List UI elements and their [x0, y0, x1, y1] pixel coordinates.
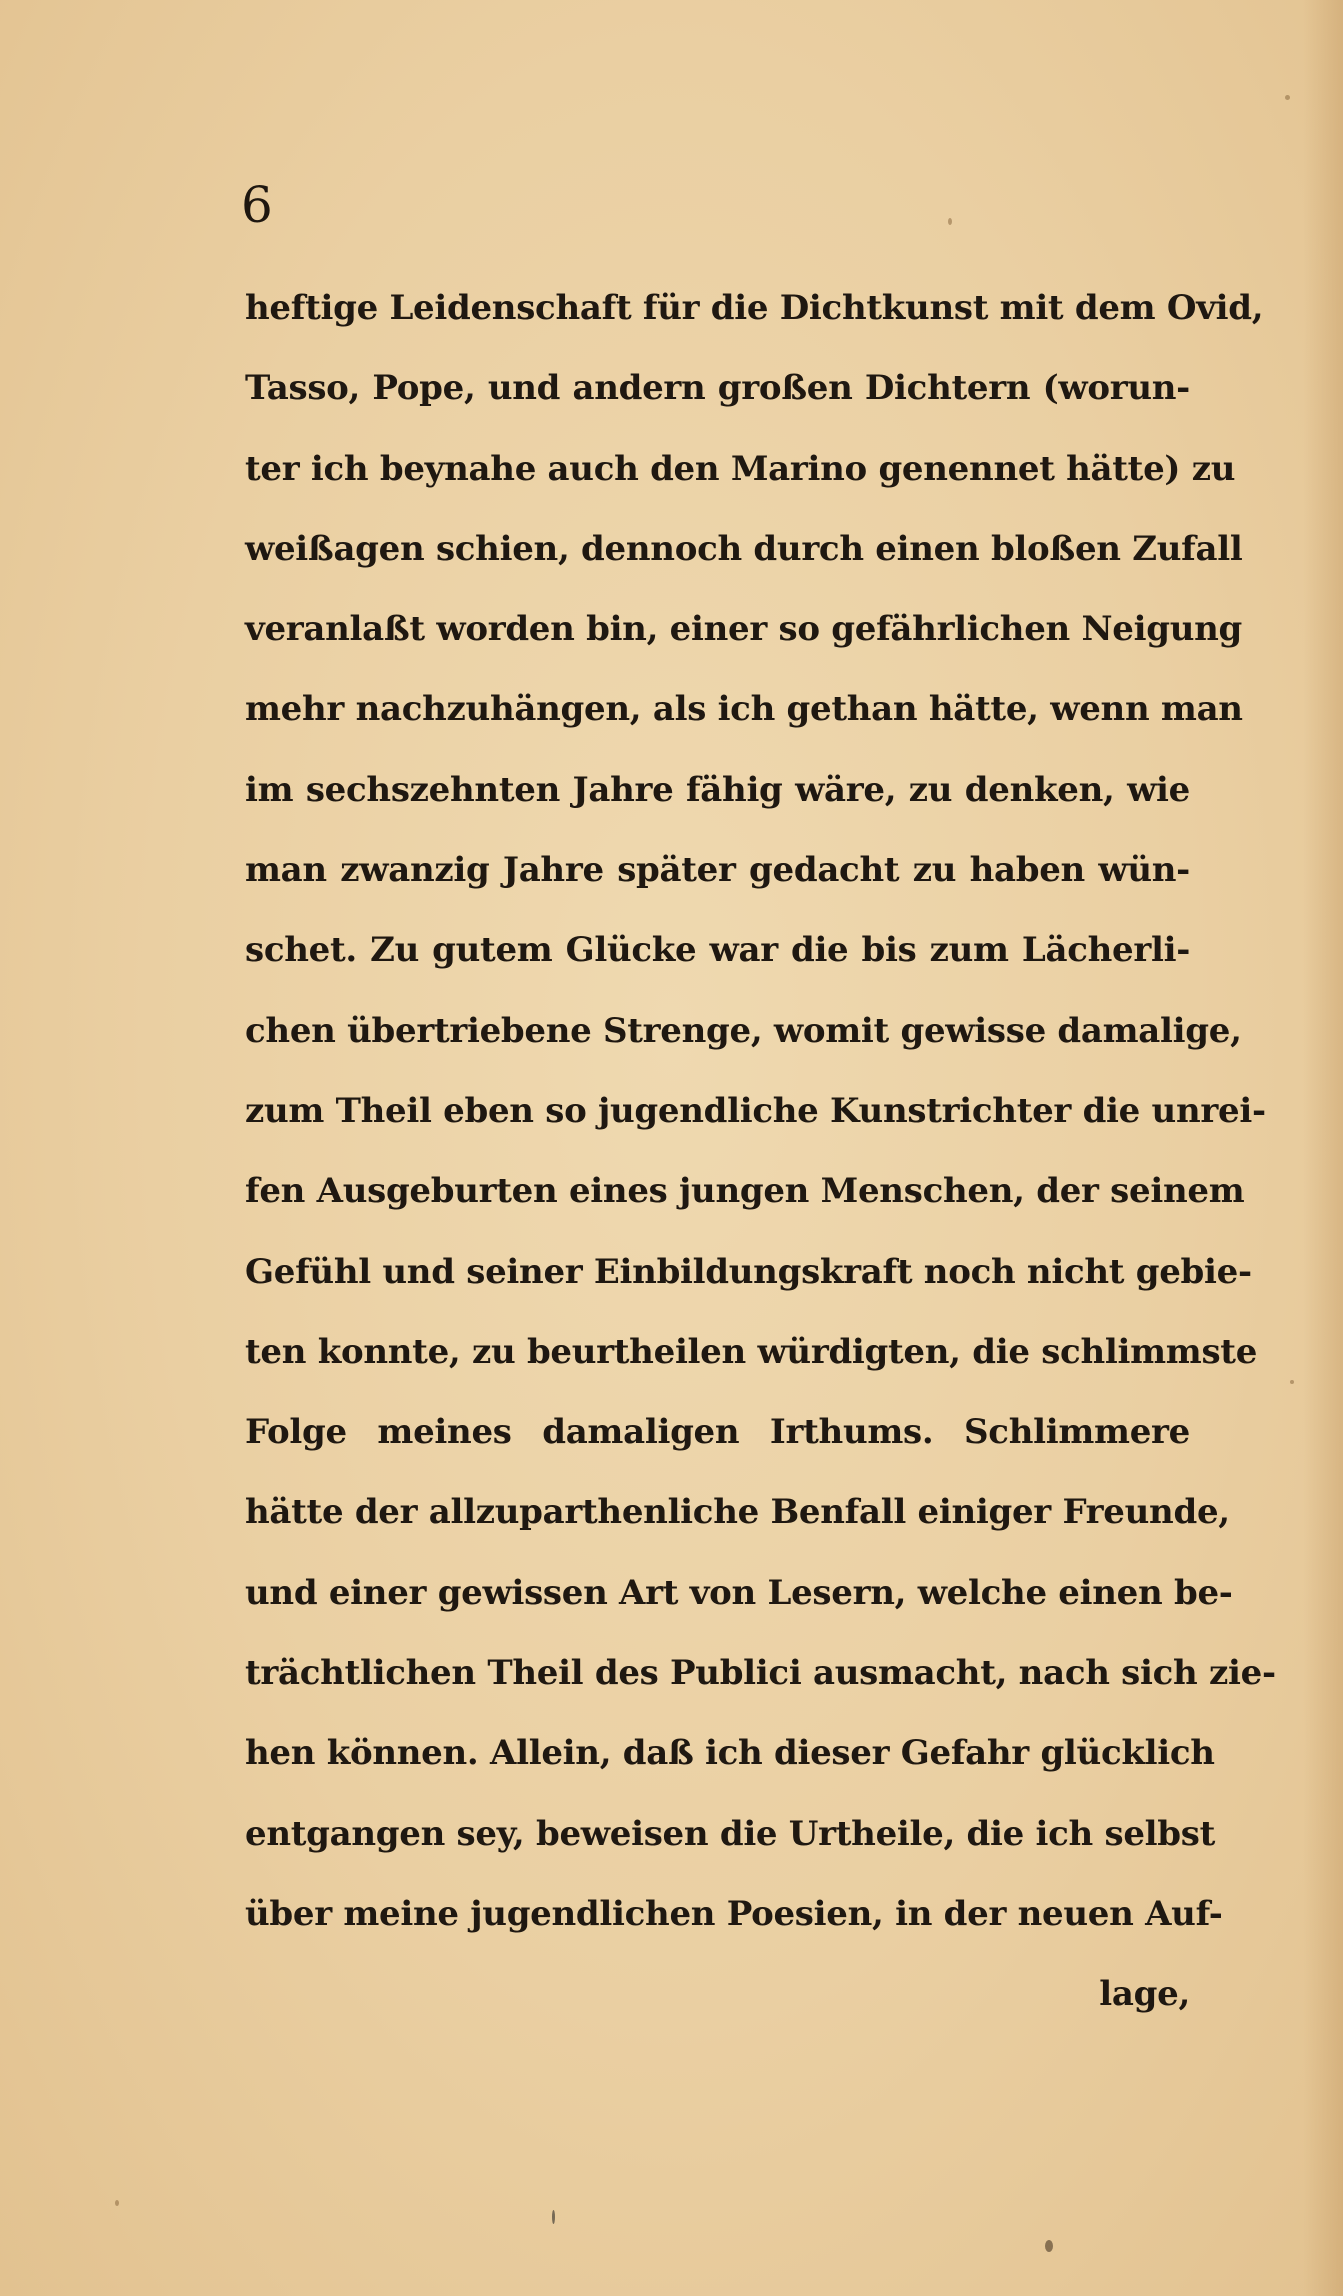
text-line: hen können. Allein, daß ich dieser Gefah… — [245, 1713, 1190, 1793]
paper-speck — [1045, 2240, 1053, 2252]
text-line: und einer gewissen Art von Lesern, welch… — [245, 1553, 1190, 1633]
text-line: Folge meines damaligen Irthums. Schlimme… — [245, 1392, 1190, 1472]
text-line: zum Theil eben so jugendliche Kunstricht… — [245, 1071, 1190, 1151]
text-line: fen Ausgeburten eines jungen Menschen, d… — [245, 1151, 1190, 1231]
paper-speck — [1285, 95, 1290, 100]
text-line: mehr nachzuhängen, als ich gethan hätte,… — [245, 669, 1190, 749]
text-line: ten konnte, zu beurtheilen würdigten, di… — [245, 1312, 1190, 1392]
text-line: über meine jugendlichen Poesien, in der … — [245, 1874, 1190, 1954]
text-line: hätte der allzuparthenliche Benfall eini… — [245, 1472, 1190, 1552]
text-line: Tasso, Pope, und andern großen Dichtern … — [245, 348, 1190, 428]
text-line: veranlaßt worden bin, einer so gefährlic… — [245, 589, 1190, 669]
page-number: 6 — [241, 180, 273, 230]
paper-speck — [552, 2210, 555, 2224]
paper-speck — [948, 218, 952, 225]
text-line: Gefühl und seiner Einbildungskraft noch … — [245, 1232, 1190, 1312]
text-line: schet. Zu gutem Glücke war die bis zum L… — [245, 910, 1190, 990]
text-line: trächtlichen Theil des Publici ausmacht,… — [245, 1633, 1190, 1713]
text-line: ter ich beynahe auch den Marino genennet… — [245, 429, 1190, 509]
text-line: im sechszehnten Jahre fähig wäre, zu den… — [245, 750, 1190, 830]
book-page: 6 heftige Leidenschaft für die Dichtkuns… — [0, 0, 1343, 2296]
text-line: chen übertriebene Strenge, womit gewisse… — [245, 991, 1190, 1071]
paper-speck — [115, 2200, 119, 2206]
paper-speck — [1290, 1380, 1294, 1384]
body-text: heftige Leidenschaft für die Dichtkunst … — [245, 268, 1190, 2035]
text-line: entgangen sey, beweisen die Urtheile, di… — [245, 1794, 1190, 1874]
text-line: heftige Leidenschaft für die Dichtkunst … — [245, 268, 1190, 348]
text-line: man zwanzig Jahre später gedacht zu habe… — [245, 830, 1190, 910]
text-line: weißagen schien, dennoch durch einen blo… — [245, 509, 1190, 589]
catchword: lage, — [245, 1954, 1190, 2034]
